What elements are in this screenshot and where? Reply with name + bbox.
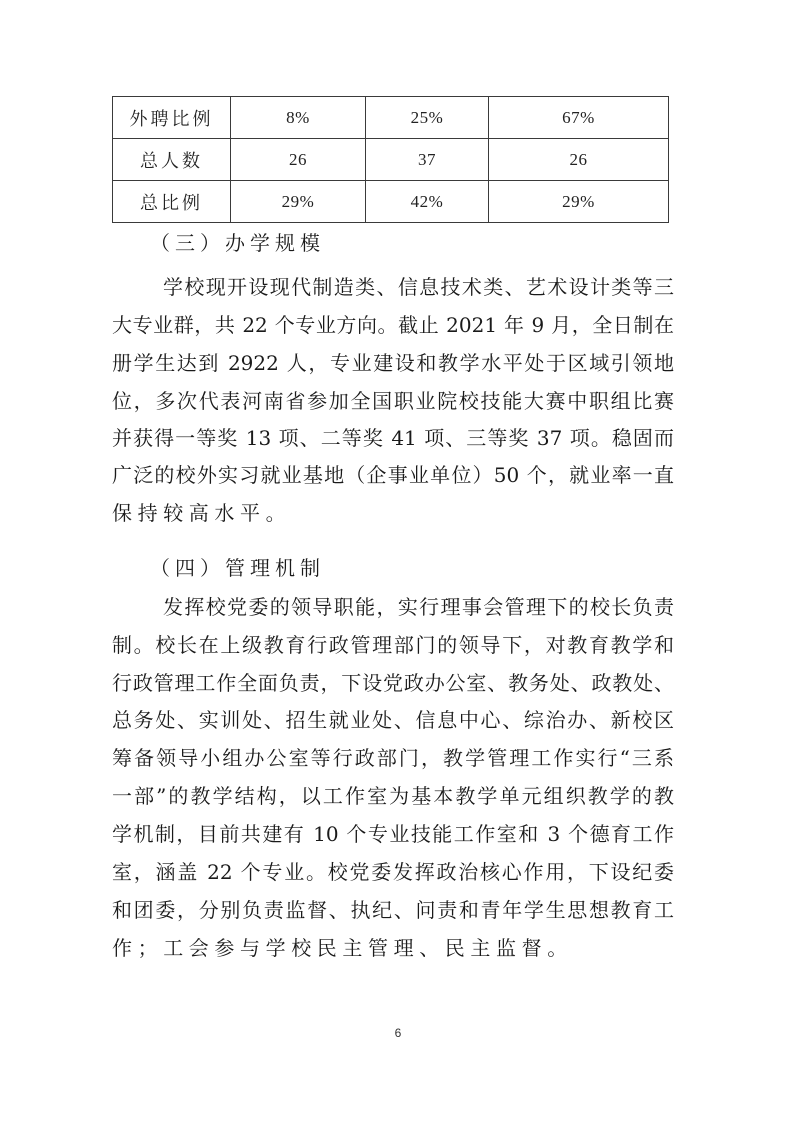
- row-label: 总人数: [113, 139, 231, 181]
- document-page: 外聘比例 8% 25% 67% 总人数 26 37 26 总比例 29% 42%…: [0, 0, 793, 1122]
- paragraph-line: 和团委，分别负责监督、执纪、问责和青年学生思想教育工: [112, 898, 674, 922]
- paragraph-line: 保持较高水平。: [112, 501, 674, 525]
- paragraph-line: 学校现开设现代制造类、信息技术类、艺术设计类等三: [163, 275, 674, 299]
- staff-ratio-table: 外聘比例 8% 25% 67% 总人数 26 37 26 总比例 29% 42%…: [112, 96, 669, 223]
- table-cell: 37: [366, 139, 489, 181]
- paragraph-line: 制。校长在上级教育行政管理部门的领导下，对教育教学和: [112, 633, 674, 657]
- paragraph-line: 一部”的教学结构，以工作室为基本教学单元组织教学的教: [112, 784, 674, 808]
- table-cell: 26: [489, 139, 669, 181]
- paragraph-line: 总务处、实训处、招生就业处、信息中心、综治办、新校区: [112, 708, 674, 732]
- paragraph-line: 大专业群，共 22 个专业方向。截止 2021 年 9 月，全日制在: [112, 313, 674, 337]
- table-cell: 29%: [489, 181, 669, 223]
- table-cell: 25%: [366, 97, 489, 139]
- row-label: 外聘比例: [113, 97, 231, 139]
- paragraph-line: 学机制，目前共建有 10 个专业技能工作室和 3 个德育工作: [112, 822, 674, 846]
- table-row: 外聘比例 8% 25% 67%: [113, 97, 669, 139]
- row-label: 总比例: [113, 181, 231, 223]
- page-number: 6: [392, 1026, 404, 1040]
- paragraph-line: 作；工会参与学校民主管理、民主监督。: [112, 936, 674, 960]
- table-cell: 29%: [231, 181, 366, 223]
- paragraph-line: 发挥校党委的领导职能，实行理事会管理下的校长负责: [163, 595, 674, 619]
- table-cell: 8%: [231, 97, 366, 139]
- paragraph-line: 位，多次代表河南省参加全国职业院校技能大赛中职组比赛: [112, 389, 674, 413]
- paragraph-line: 行政管理工作全面负责，下设党政办公室、教务处、政教处、: [112, 671, 674, 695]
- paragraph-line: 册学生达到 2922 人，专业建设和教学水平处于区域引领地: [112, 351, 674, 375]
- section-heading-management: （四）管理机制: [150, 556, 325, 580]
- section-heading-school-scale: （三）办学规模: [150, 231, 325, 255]
- table-cell: 42%: [366, 181, 489, 223]
- table-row: 总人数 26 37 26: [113, 139, 669, 181]
- table-cell: 26: [231, 139, 366, 181]
- table-row: 总比例 29% 42% 29%: [113, 181, 669, 223]
- paragraph-line: 广泛的校外实习就业基地（企事业单位）50 个，就业率一直: [112, 463, 674, 487]
- paragraph-line: 筹备领导小组办公室等行政部门，教学管理工作实行“三系: [112, 746, 674, 770]
- paragraph-line: 室，涵盖 22 个专业。校党委发挥政治核心作用，下设纪委: [112, 860, 674, 884]
- table-cell: 67%: [489, 97, 669, 139]
- paragraph-line: 并获得一等奖 13 项、二等奖 41 项、三等奖 37 项。稳固而: [112, 426, 674, 450]
